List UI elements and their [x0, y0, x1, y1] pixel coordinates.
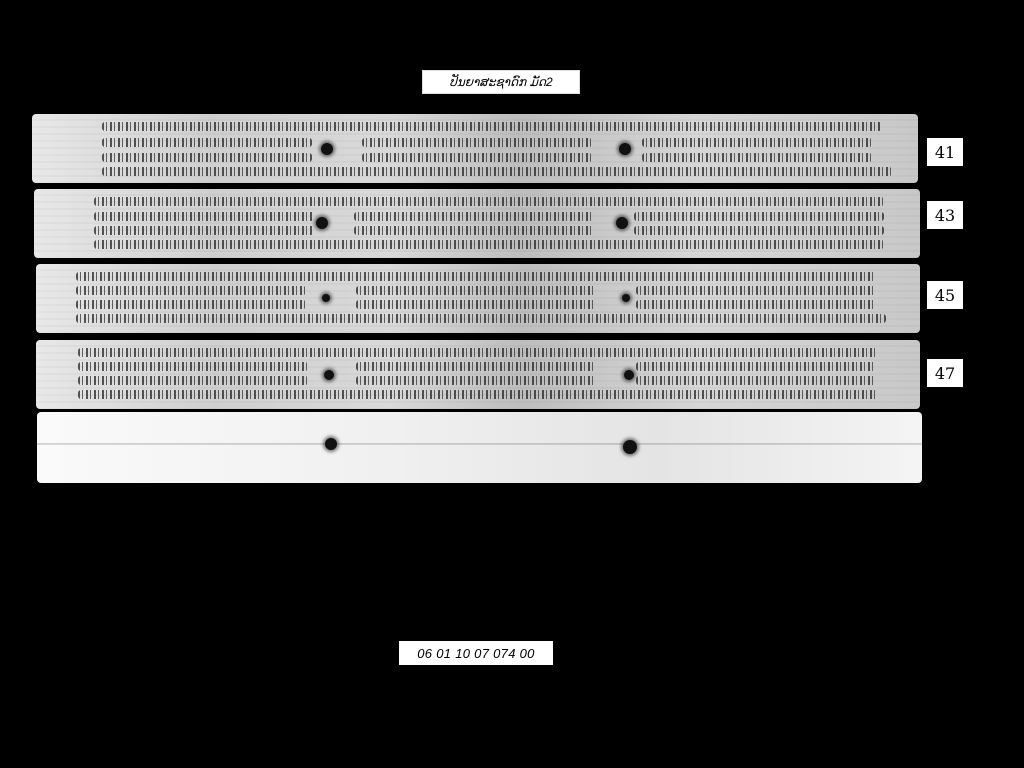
script-line: [94, 226, 314, 235]
page-number-label: 47: [927, 359, 963, 387]
script-line: [634, 226, 884, 235]
script-line: [78, 376, 308, 385]
script-line: [362, 138, 592, 147]
binding-hole: [624, 370, 634, 380]
script-line: [362, 153, 592, 162]
script-line: [78, 348, 878, 357]
script-line: [642, 153, 872, 162]
script-line: [356, 300, 596, 309]
script-line: [76, 314, 886, 323]
script-line: [354, 212, 594, 221]
manuscript-leaf-41: [32, 114, 918, 183]
binding-hole: [616, 217, 628, 229]
script-line: [354, 226, 594, 235]
manuscript-leaf-45: [36, 264, 920, 333]
binding-hole: [316, 217, 328, 229]
script-line: [78, 362, 308, 371]
catalog-code-label: 06 01 10 07 074 00: [399, 641, 553, 665]
binding-hole: [324, 370, 334, 380]
script-line: [94, 212, 314, 221]
manuscript-leaf-47: [36, 340, 920, 409]
script-line: [76, 286, 306, 295]
script-line: [76, 300, 306, 309]
binding-hole: [325, 438, 337, 450]
script-line: [636, 300, 876, 309]
title-label: ປັນຍາສະຊາດົກ ມັດ2: [422, 70, 580, 94]
page-number-label: 41: [927, 138, 963, 166]
script-line: [78, 390, 878, 399]
script-line: [636, 376, 876, 385]
script-line: [356, 286, 596, 295]
binding-hole: [322, 294, 330, 302]
manuscript-leaf-43: [34, 189, 920, 258]
script-line: [76, 272, 876, 281]
page-number-label: 43: [927, 201, 963, 229]
binding-hole: [619, 143, 631, 155]
script-line: [102, 153, 312, 162]
script-line: [636, 286, 876, 295]
binding-hole: [622, 294, 630, 302]
binding-hole: [321, 143, 333, 155]
script-line: [634, 212, 884, 221]
manuscript-leaf-blank: [37, 412, 922, 483]
script-line: [356, 376, 596, 385]
page-number-label: 45: [927, 281, 963, 309]
script-line: [636, 362, 876, 371]
script-line: [94, 240, 884, 249]
script-line: [102, 122, 882, 131]
script-line: [94, 197, 884, 206]
binding-hole: [623, 440, 637, 454]
script-line: [642, 138, 872, 147]
script-line: [102, 138, 312, 147]
script-line: [102, 167, 892, 176]
script-line: [356, 362, 596, 371]
